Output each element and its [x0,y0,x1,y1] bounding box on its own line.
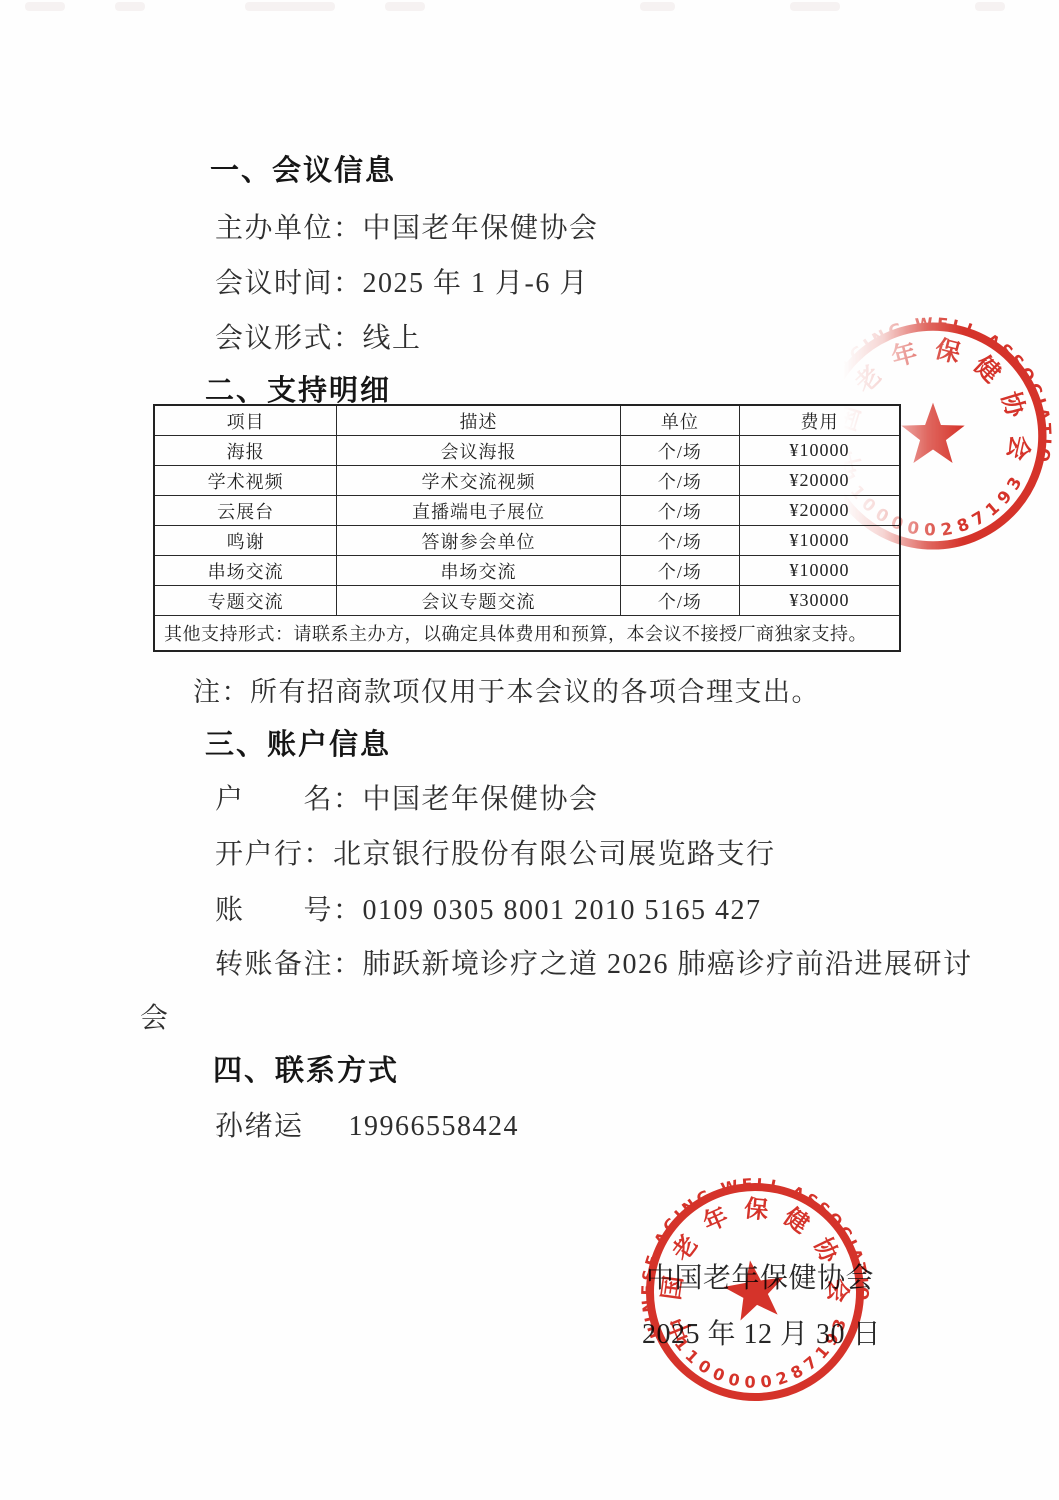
transfer-memo-line1: 转账备注：肺跃新境诊疗之道 2026 肺癌诊疗前沿进展研讨 [215,942,973,982]
cell-fee: ¥20000 [740,466,900,496]
contact-line: 孙绪运19966558424 [215,1104,519,1144]
cell-fee: ¥20000 [740,496,900,526]
table-row: 鸣谢 答谢参会单位 个/场 ¥10000 [154,526,900,556]
cell-desc: 会议海报 [337,436,620,466]
section-title-meeting-info: 一、会议信息 [210,148,396,189]
scan-artifact [385,2,425,11]
support-table: 项目 描述 单位 费用 海报 会议海报 个/场 ¥10000 学术视频 学术交流… [153,404,901,652]
funds-note: 注：所有招商款项仅用于本会议的各项合理支出。 [193,670,820,709]
scan-artifact [640,2,675,11]
cell-desc: 学术交流视频 [337,466,620,496]
cell-item: 鸣谢 [154,526,337,556]
scan-artifact [790,2,840,11]
cell-fee: ¥10000 [740,436,900,466]
cell-desc: 直播端电子展位 [337,496,620,526]
meeting-time-line: 会议时间：2025 年 1 月-6 月 [215,261,589,301]
account-number-line: 账 号：0109 0305 8001 2010 5165 427 [215,888,762,928]
cell-unit: 个/场 [620,526,739,556]
table-row: 学术视频 学术交流视频 个/场 ¥20000 [154,466,900,496]
cell-fee: ¥30000 [740,586,900,616]
cell-unit: 个/场 [620,556,739,586]
section-title-account-info: 三、账户信息 [205,722,391,763]
cell-desc: 答谢参会单位 [337,526,620,556]
cell-unit: 个/场 [620,466,739,496]
cell-fee: ¥10000 [740,526,900,556]
bank-branch-line: 开户行：北京银行股份有限公司展览路支行 [215,832,776,872]
meeting-format-line: 会议形式：线上 [215,316,422,356]
transfer-memo-line2: 会 [140,996,170,1036]
section-title-support-detail: 二、支持明细 [205,368,391,409]
column-header-fee: 费用 [740,405,900,436]
signature-org: 中国老年保健协会 [646,1256,874,1296]
cell-unit: 个/场 [620,586,739,616]
cell-unit: 个/场 [620,436,739,466]
cell-desc: 串场交流 [337,556,620,586]
contact-phone: 19966558424 [349,1111,520,1142]
table-row: 串场交流 串场交流 个/场 ¥10000 [154,556,900,586]
signature-date: 2025 年 12 月 30 日 [642,1312,881,1352]
table-row: 海报 会议海报 个/场 ¥10000 [154,436,900,466]
account-holder-line: 户 名：中国老年保健协会 [215,777,599,817]
scan-artifact [975,2,1005,11]
column-header-unit: 单位 [620,405,739,436]
cell-item: 专题交流 [154,586,337,616]
contact-person: 孙绪运 [215,1111,304,1142]
cell-desc: 会议专题交流 [337,586,620,616]
column-header-desc: 描述 [337,405,620,436]
cell-unit: 个/场 [620,496,739,526]
scan-artifact [245,2,335,11]
cell-item: 串场交流 [154,556,337,586]
table-footer-note: 其他支持形式：请联系主办方，以确定具体费用和预算，本会议不接授厂商独家支持。 [154,616,900,652]
table-footer-row: 其他支持形式：请联系主办方，以确定具体费用和预算，本会议不接授厂商独家支持。 [154,616,900,652]
cell-fee: ¥10000 [740,556,900,586]
section-title-contact: 四、联系方式 [213,1048,399,1089]
cell-item: 学术视频 [154,466,337,496]
scan-artifact [115,2,145,11]
column-header-item: 项目 [154,405,337,436]
organizer-line: 主办单位：中国老年保健协会 [215,206,599,246]
scan-artifact [25,2,65,11]
table-row: 专题交流 会议专题交流 个/场 ¥30000 [154,586,900,616]
document-page: 一、会议信息 主办单位：中国老年保健协会 会议时间：2025 年 1 月-6 月… [0,0,1059,1500]
cell-item: 海报 [154,436,337,466]
cell-item: 云展台 [154,496,337,526]
table-row: 云展台 直播端电子展位 个/场 ¥20000 [154,496,900,526]
seal-star-icon [901,403,964,463]
table-header-row: 项目 描述 单位 费用 [154,405,900,436]
